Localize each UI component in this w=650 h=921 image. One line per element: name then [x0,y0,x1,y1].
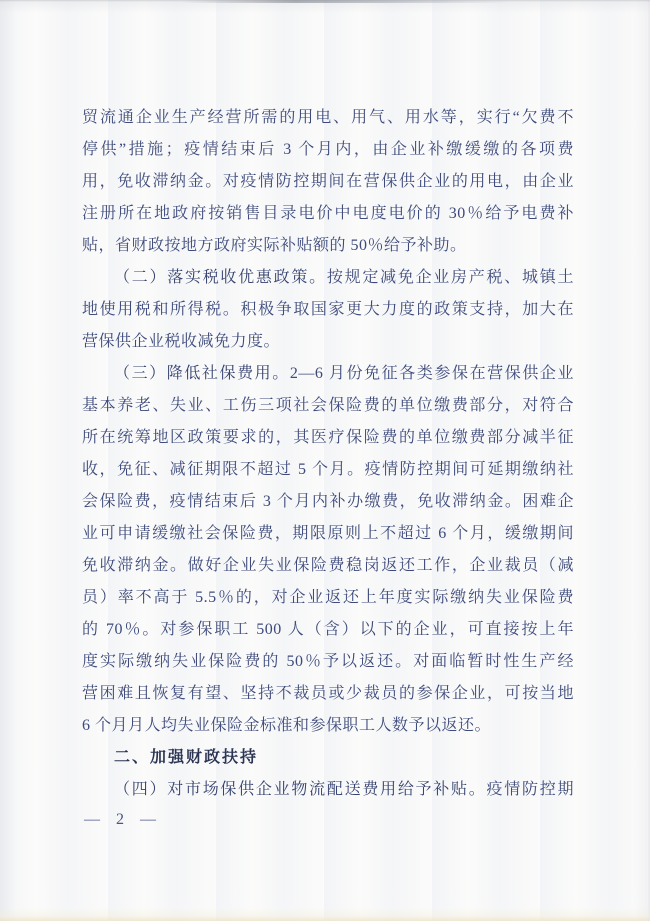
paragraph-lead: （二）落实税收优惠政策。 [114,269,327,286]
text-line: 员）率不高于 5.5％的，对企业返还上年度实际缴纳失业保险费 [82,582,574,614]
text-line: 基本养老、失业、工伤三项社会保险费的单位缴费部分，对符合 [82,390,574,422]
text-line: 业可申请缓缴社会保险费，期限原则上不超过 6 个月，缓缴期间 [82,518,574,550]
scanned-document-page: 贸流通企业生产经营所需的用电、用气、用水等，实行“欠费不 停供”措施；疫情结束后… [0,0,650,921]
text-line: 营保供企业税收减免力度。 [82,326,574,358]
text-line: （二）落实税收优惠政策。按规定减免企业房产税、城镇土 [82,262,574,294]
text-line: 的 70％。对参保职工 500 人（含）以下的企业，可直接按上年 [82,614,574,646]
text-line: （四）对市场保供企业物流配送费用给予补贴。疫情防控期 [82,774,574,806]
scan-edge-shadow [180,0,510,3]
text-line: 贴，省财政按地方政府实际补贴额的 50％给予补助。 [82,230,574,262]
text-line: 贸流通企业生产经营所需的用电、用气、用水等，实行“欠费不 [82,102,574,134]
paragraph-lead: （三）降低社保费用。 [114,365,290,382]
text-line: 6 个月月人均失业保险金标准和参保职工人数予以返还。 [82,710,574,742]
text-line: 用，免收滞纳金。对疫情防控期间在营保供企业的用电，由企业 [82,166,574,198]
text-line: （三）降低社保费用。2—6 月份免征各类参保在营保供企业 [82,358,574,390]
page-number: — 2 — [84,808,159,832]
text-line: 度实际缴纳失业保险费的 50％予以返还。对面临暂时性生产经 [82,646,574,678]
text-line: 会保险费，疫情结束后 3 个月内补办缴费，免收滞纳金。困难企 [82,486,574,518]
text-line: 免收滞纳金。做好企业失业保险费稳岗返还工作，企业裁员（减 [82,550,574,582]
text-line: 营困难且恢复有望、坚持不裁员或少裁员的参保企业，可按当地 [82,678,574,710]
text-line: 注册所在地政府按销售目录电价中电度电价的 30％给予电费补 [82,198,574,230]
text-line: 所在统筹地区政策要求的，其医疗保险费的单位缴费部分减半征 [82,422,574,454]
paragraph-lead: （四）对市场保供企业物流配送费用给予补贴。 [114,781,487,798]
document-body: 贸流通企业生产经营所需的用电、用气、用水等，实行“欠费不 停供”措施；疫情结束后… [82,102,574,806]
text-line: 停供”措施；疫情结束后 3 个月内，由企业补缴缓缴的各项费 [82,134,574,166]
text-line: 收，免征、减征期限不超过 5 个月。疫情防控期间可延期缴纳社 [82,454,574,486]
paragraph-text: 2—6 月份免征各类参保在营保供企业 [290,365,574,382]
paragraph-text: 疫情防控期 [487,781,574,798]
paragraph-text: 按规定减免企业房产税、城镇土 [327,269,574,286]
section-heading: 二、加强财政扶持 [82,742,574,774]
text-line: 地使用税和所得税。积极争取国家更大力度的政策支持，加大在 [82,294,574,326]
